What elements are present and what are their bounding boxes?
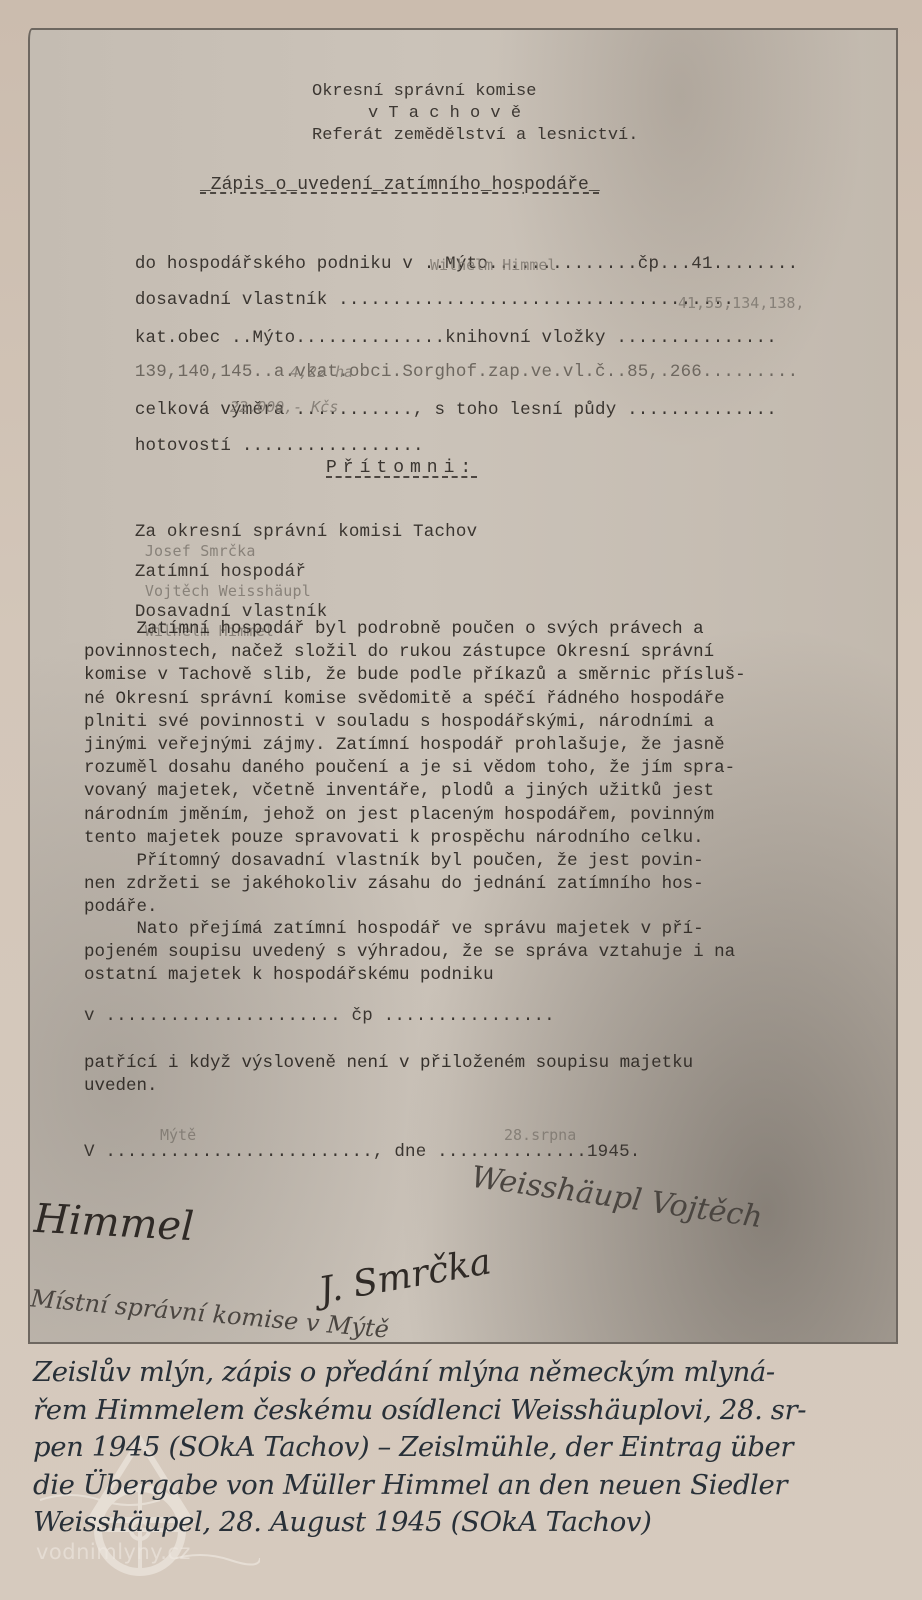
paragraph-owner-notice-line: podáře. <box>84 896 894 919</box>
present-official-label: Za okresní správní komisi Tachov <box>135 522 477 542</box>
caption-line: Zeislův mlýn, zápis o předání mlýna něme… <box>33 1354 893 1392</box>
paragraph-takeover-line: Nato přejímá zatímní hospodář ve správu … <box>84 918 894 941</box>
watermark-text: vodnimlyny.cz <box>36 1540 191 1564</box>
present-farmer-label: Zatímní hospodář <box>135 562 306 582</box>
paragraph-belonging-line: uveden. <box>84 1075 894 1098</box>
field-previous-owner-value: Wilhelm Himmel <box>430 256 556 274</box>
caption-line: řem Himmelem českému osídlenci Weisshäup… <box>33 1392 893 1430</box>
paragraph-instructions-line: jinými veřejnými zájmy. Zatímní hospodář… <box>84 734 894 757</box>
paragraph-instructions-line: rozuměl dosahu daného poučení a je si vě… <box>84 757 894 780</box>
caption-line: pen 1945 (SOkA Tachov) – Zeislmühle, der… <box>33 1429 893 1467</box>
paragraph-instructions-line: komise v Tachově slib, že bude podle pří… <box>84 664 894 687</box>
signature-farmer: Weisshäupl Vojtěch <box>469 1160 765 1236</box>
present-heading: Přítomni: <box>326 458 477 478</box>
field-registry-continued-line: 139,140,145..a.vkat.obci.Sorghof.zap.ve.… <box>135 362 799 382</box>
paragraph-owner-notice-line: nen zdržeti se jakéhokoliv zásahu do jed… <box>84 873 894 896</box>
paragraph-instructions-line: né Okresní správní komise svědomitě a sp… <box>84 688 894 711</box>
header-office: Okresní správní komise <box>312 82 536 101</box>
paragraph-instructions-line: plniti své povinnosti v souladu s hospod… <box>84 711 894 734</box>
paragraph-owner-notice-line: Přítomný dosavadní vlastník byl poučen, … <box>84 850 894 873</box>
paragraph-instructions-line: tento majetek pouze spravovati k prospěc… <box>84 827 894 850</box>
caption: Zeislův mlýn, zápis o předání mlýna něme… <box>33 1354 893 1542</box>
place-value: Mýtě <box>160 1126 196 1144</box>
paragraph-takeover-line: pojeném soupisu uvedený s výhradou, že s… <box>84 941 894 964</box>
document-title: _Zápis_o_uvedení_zatímního_hospodáře_ <box>200 175 600 195</box>
paragraph-instructions-line: povinnostech, načež složil do rukou zást… <box>84 641 894 664</box>
blank-address-line: v ...................... čp ............… <box>84 1006 555 1026</box>
signature-owner: Himmel <box>33 1196 195 1250</box>
caption-line: die Übergabe von Müller Himmel an den ne… <box>33 1467 893 1505</box>
field-land-registry-value: 41,55,134,138, <box>678 294 804 312</box>
header-city: v T a c h o v ě <box>368 104 521 123</box>
field-total-area-value: 4,22 ha <box>290 363 353 381</box>
place-date-line: V ........................., dne .......… <box>84 1142 641 1162</box>
field-cash-line: hotovostí ................. <box>135 436 424 456</box>
paragraph-takeover-line: ostatní majetek k hospodářskému podniku <box>84 964 894 987</box>
paragraph-belonging: patřící i když výsloveně není v přiložen… <box>84 1052 894 1098</box>
paragraph-owner-notice: Přítomný dosavadní vlastník byl poučen, … <box>84 850 894 920</box>
paragraph-instructions: Zatímní hospodář byl podrobně poučen o s… <box>84 618 894 850</box>
header-department: Referát zemědělství a lesnictví. <box>312 126 638 145</box>
field-previous-owner-line: dosavadní vlastník .....................… <box>135 290 734 310</box>
paragraph-instructions-line: Zatímní hospodář byl podrobně poučen o s… <box>84 618 894 641</box>
paragraph-belonging-line: patřící i když výsloveně není v přiložen… <box>84 1052 894 1075</box>
date-value: 28.srpna <box>504 1126 576 1144</box>
document-photo: Okresní správní komise v T a c h o v ě R… <box>28 28 898 1344</box>
paragraph-takeover: Nato přejímá zatímní hospodář ve správu … <box>84 918 894 988</box>
caption-line: Weisshäupel, 28. August 1945 (SOkA Tacho… <box>33 1504 893 1542</box>
field-cash-value: 22.000,- Kčs <box>230 398 338 416</box>
paragraph-instructions-line: vovaný majetek, včetně inventáře, plodů … <box>84 780 894 803</box>
paragraph-instructions-line: národním jměním, jehož on jest placeným … <box>84 804 894 827</box>
signature-official: J. Smrčka <box>316 1241 494 1312</box>
